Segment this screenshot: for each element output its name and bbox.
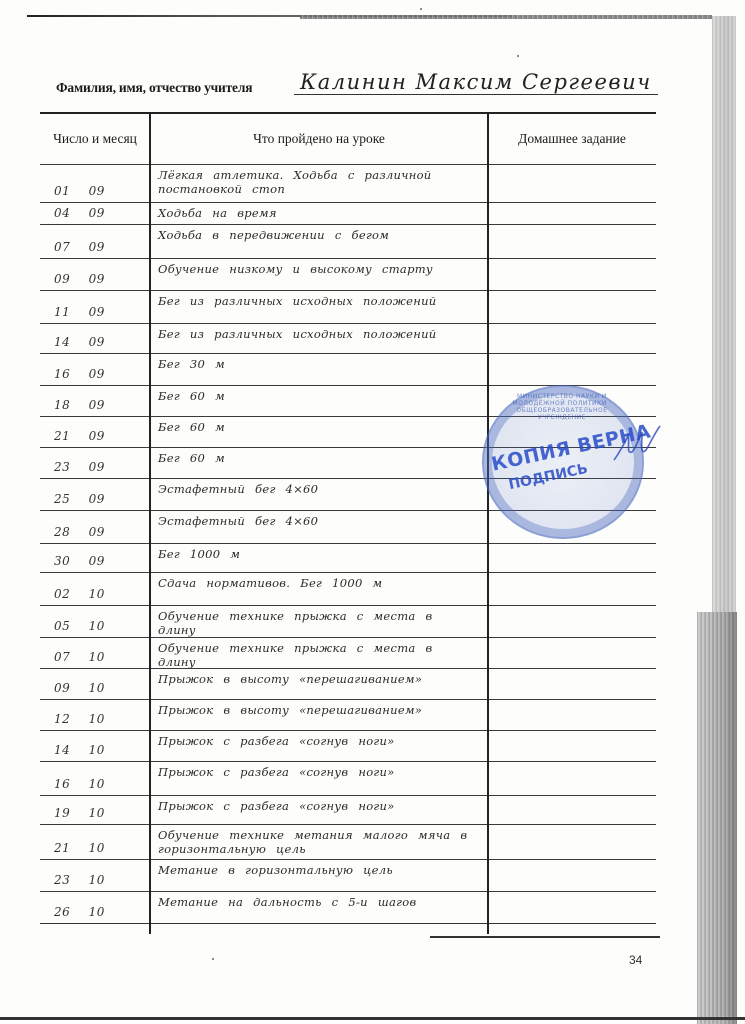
lesson-date: 16 10 xyxy=(54,777,144,791)
lesson-date: 16 09 xyxy=(54,367,144,381)
lesson-date: 12 10 xyxy=(54,712,144,726)
scan-speck xyxy=(212,958,214,960)
lesson-topic: Прыжок в высоту «перешагиванием» xyxy=(158,703,480,717)
stamp-ring-text: МИНИСТЕРСТВО НАУКИ И МОЛОДЁЖНОЙ ПОЛИТИКИ… xyxy=(492,393,632,421)
lesson-topic: Бег 60 м xyxy=(158,389,480,403)
lesson-date: 07 09 xyxy=(54,240,144,254)
lesson-date: 04 09 xyxy=(54,206,144,220)
lesson-topic: Прыжок с разбега «согнув ноги» xyxy=(158,765,480,779)
lesson-topic: Прыжок с разбега «согнув ноги» xyxy=(158,734,480,748)
lesson-topic: Прыжок с разбега «согнув ноги» xyxy=(158,799,480,813)
scan-right-edge-lower xyxy=(697,612,737,1024)
table-row: 23 10Метание в горизонтальную цель xyxy=(40,859,656,891)
table-row: 09 10Прыжок в высоту «перешагиванием» xyxy=(40,668,656,699)
signature-icon xyxy=(612,422,662,466)
table-row: 04 09Ходьба на время xyxy=(40,202,656,224)
column-divider xyxy=(487,112,489,934)
lesson-topic: Бег 60 м xyxy=(158,420,480,434)
lesson-topic: Эстафетный бег 4×60 xyxy=(158,514,480,528)
lesson-date: 09 09 xyxy=(54,272,144,286)
lesson-date: 14 09 xyxy=(54,335,144,349)
lesson-date: 07 10 xyxy=(54,650,144,664)
page-number: 34 xyxy=(629,953,642,967)
lesson-topic: Бег из различных исходных положений xyxy=(158,294,480,308)
table-row: 12 10Прыжок в высоту «перешагиванием» xyxy=(40,699,656,730)
scan-top-border-shadow xyxy=(300,15,712,19)
lesson-topic: Обучение технике прыжка с места в длину xyxy=(158,641,480,669)
teacher-label: Фамилия, имя, отчество учителя xyxy=(56,80,252,96)
table-body: 01 09Лёгкая атлетика. Ходьба с различной… xyxy=(40,164,656,924)
lesson-date: 21 10 xyxy=(54,841,144,855)
lesson-topic: Обучение низкому и высокому старту xyxy=(158,262,480,276)
lesson-date: 23 09 xyxy=(54,460,144,474)
table-row: 07 09Ходьба в передвижении с бегом xyxy=(40,224,656,258)
table-row: 26 10Метание на дальность с 5-и шагов xyxy=(40,891,656,924)
lesson-topic: Сдача нормативов. Бег 1000 м xyxy=(158,576,480,590)
lesson-date: 21 09 xyxy=(54,429,144,443)
table-row: 01 09Лёгкая атлетика. Ходьба с различной… xyxy=(40,164,656,202)
table-row: 16 10Прыжок с разбега «согнув ноги» xyxy=(40,761,656,795)
table-row: 14 09Бег из различных исходных положений xyxy=(40,323,656,353)
table-row: 16 09Бег 30 м xyxy=(40,353,656,385)
column-header-homework: Домашнее задание xyxy=(488,112,656,164)
lesson-date: 28 09 xyxy=(54,525,144,539)
table-row: 05 10Обучение технике прыжка с места в д… xyxy=(40,605,656,637)
lesson-date: 05 10 xyxy=(54,619,144,633)
column-header-date: Число и месяц xyxy=(40,112,150,164)
table-row: 14 10Прыжок с разбега «согнув ноги» xyxy=(40,730,656,761)
lesson-topic: Ходьба в передвижении с бегом xyxy=(158,228,480,242)
lesson-date: 23 10 xyxy=(54,873,144,887)
lesson-date: 19 10 xyxy=(54,806,144,820)
lesson-topic: Ходьба на время xyxy=(158,206,480,220)
lesson-date: 02 10 xyxy=(54,587,144,601)
table-header: Число и месяц Что пройдено на уроке Дома… xyxy=(40,112,656,164)
column-divider xyxy=(149,112,151,934)
lesson-topic: Эстафетный бег 4×60 xyxy=(158,482,480,496)
table-row: 11 09Бег из различных исходных положений xyxy=(40,290,656,323)
lesson-topic: Лёгкая атлетика. Ходьба с различной пост… xyxy=(158,168,480,196)
table-row: 21 10Обучение технике метания малого мяч… xyxy=(40,824,656,859)
scan-speck xyxy=(420,8,422,10)
lesson-topic: Бег 1000 м xyxy=(158,547,480,561)
lesson-date: 09 10 xyxy=(54,681,144,695)
lesson-date: 25 09 xyxy=(54,492,144,506)
lesson-topic: Бег 30 м xyxy=(158,357,480,371)
lesson-date: 18 09 xyxy=(54,398,144,412)
table-row: 30 09Бег 1000 м xyxy=(40,543,656,572)
lesson-topic: Обучение технике метания малого мяча в г… xyxy=(158,828,480,856)
table-row: 02 10Сдача нормативов. Бег 1000 м xyxy=(40,572,656,605)
lesson-topic: Метание на дальность с 5-и шагов xyxy=(158,895,480,909)
lesson-topic: Прыжок в высоту «перешагиванием» xyxy=(158,672,480,686)
lesson-topic: Бег из различных исходных положений xyxy=(158,327,480,341)
lesson-date: 11 09 xyxy=(54,305,144,319)
footer-rule xyxy=(430,936,660,938)
table-row: 07 10Обучение технике прыжка с места в д… xyxy=(40,637,656,668)
lesson-topic: Метание в горизонтальную цель xyxy=(158,863,480,877)
lesson-date: 14 10 xyxy=(54,743,144,757)
lesson-date: 01 09 xyxy=(54,184,144,198)
lesson-date: 26 10 xyxy=(54,905,144,919)
scan-bottom-border xyxy=(0,1017,745,1020)
lesson-topic: Бег 60 м xyxy=(158,451,480,465)
table-row: 19 10Прыжок с разбега «согнув ноги» xyxy=(40,795,656,824)
teacher-line: Фамилия, имя, отчество учителя Калинин М… xyxy=(56,72,656,102)
lesson-topic: Обучение технике прыжка с места в длину xyxy=(158,609,480,637)
table-row: 09 09Обучение низкому и высокому старту xyxy=(40,258,656,290)
lesson-date: 30 09 xyxy=(54,554,144,568)
scan-speck xyxy=(517,55,519,57)
column-header-topic: Что пройдено на уроке xyxy=(150,112,488,164)
teacher-name: Калинин Максим Сергеевич xyxy=(294,70,658,95)
